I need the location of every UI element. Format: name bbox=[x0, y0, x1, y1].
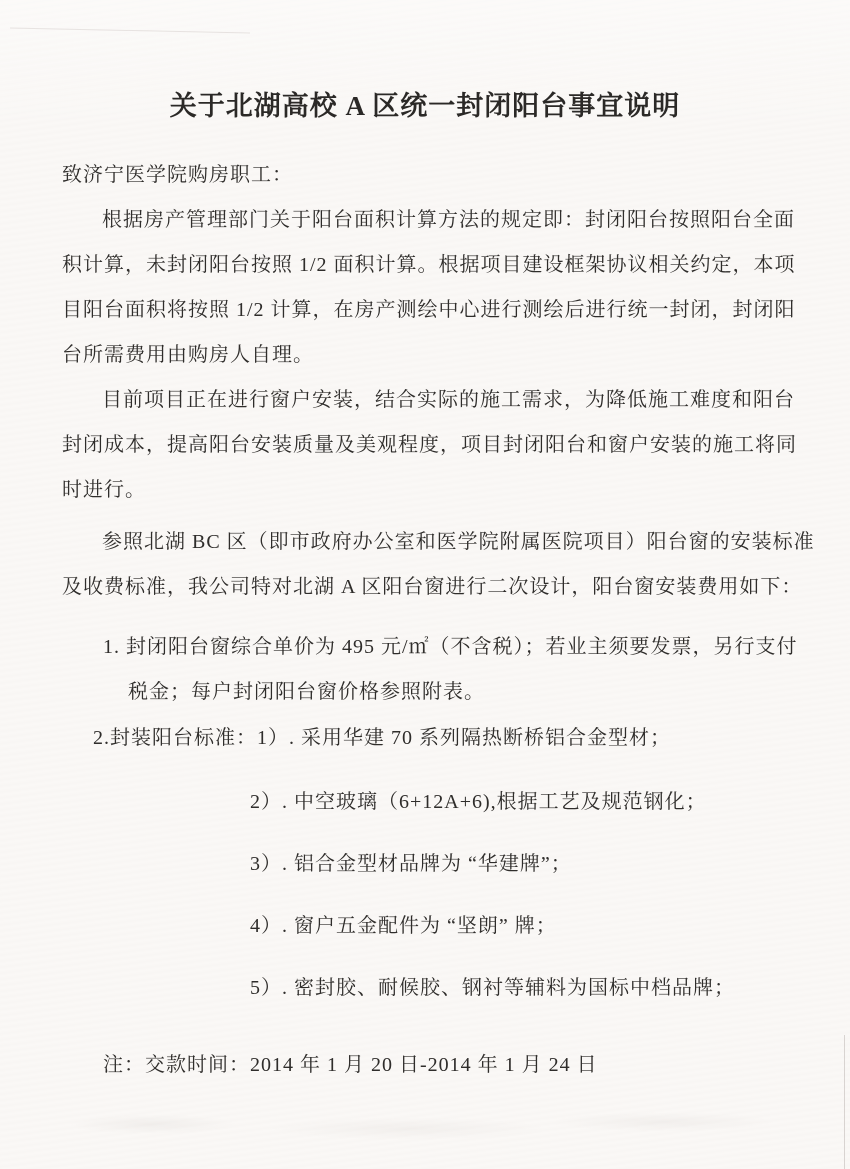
sub-item-aluminum-brand: 3）. 铝合金型材品牌为 “华建牌”； bbox=[62, 842, 774, 887]
text-line: 参照北湖 BC 区（即市政府办公室和医学院附属医院项目）阳台窗的安装标准 bbox=[62, 520, 774, 565]
text-line: 税金；每户封闭阳台窗价格参照附表。 bbox=[62, 670, 774, 715]
text-line: 1. 封闭阳台窗综合单价为 495 元/㎡（不含税）；若业主须要发票，另行支付 bbox=[62, 625, 774, 670]
text-line: 积计算，未封闭阳台按照 1/2 面积计算。根据项目建设框架协议相关约定，本项 bbox=[62, 243, 774, 288]
payment-note-line: 注：交款时间：2014 年 1 月 20 日-2014 年 1 月 24 日 bbox=[62, 1043, 774, 1088]
scanned-document-page: 关于北湖高校 A 区统一封闭阳台事宜说明 致济宁医学院购房职工： 根据房产管理部… bbox=[0, 0, 850, 1169]
text-line: 目阳台面积将按照 1/2 计算，在房产测绘中心进行测绘后进行统一封闭，封闭阳 bbox=[62, 288, 774, 333]
paragraph-area-calculation: 根据房产管理部门关于阳台面积计算方法的规定即：封闭阳台按照阳台全面 积计算，未封… bbox=[62, 198, 774, 378]
text-line: 封闭成本，提高阳台安装质量及美观程度，项目封闭阳台和窗户安装的施工将同 bbox=[62, 423, 774, 468]
text-line: 时进行。 bbox=[62, 468, 774, 513]
list-item-standards: 2.封装阳台标准：1）. 采用华建 70 系列隔热断桥铝合金型材； bbox=[62, 716, 774, 761]
scan-noise-band bbox=[0, 1104, 850, 1149]
document-body: 致济宁医学院购房职工： 根据房产管理部门关于阳台面积计算方法的规定即：封闭阳台按… bbox=[62, 153, 774, 1088]
text-line: 及收费标准，我公司特对北湖 A 区阳台窗进行二次设计，阳台窗安装费用如下： bbox=[62, 565, 774, 610]
paragraph-standards-reference: 参照北湖 BC 区（即市政府办公室和医学院附属医院项目）阳台窗的安装标准 及收费… bbox=[62, 520, 774, 610]
sub-item-hardware-brand: 4）. 窗户五金配件为 “坚朗” 牌； bbox=[62, 904, 774, 949]
paragraph-window-installation: 目前项目正在进行窗户安装，结合实际的施工需求，为降低施工难度和阳台 封闭成本，提… bbox=[62, 378, 774, 513]
text-line: 台所需费用由购房人自理。 bbox=[62, 333, 774, 378]
document-title: 关于北湖高校 A 区统一封闭阳台事宜说明 bbox=[0, 84, 850, 123]
text-line: 目前项目正在进行窗户安装，结合实际的施工需求，为降低施工难度和阳台 bbox=[62, 378, 774, 423]
salutation-line: 致济宁医学院购房职工： bbox=[62, 153, 774, 198]
sub-item-glass: 2）. 中空玻璃（6+12A+6),根据工艺及规范钢化； bbox=[62, 780, 774, 825]
sub-item-auxiliary-materials: 5）. 密封胶、耐候胶、钢衬等辅料为国标中档品牌； bbox=[62, 966, 774, 1011]
scan-edge-artifact-top bbox=[10, 27, 250, 33]
list-item-price: 1. 封闭阳台窗综合单价为 495 元/㎡（不含税）；若业主须要发票，另行支付 … bbox=[62, 625, 774, 715]
text-line: 根据房产管理部门关于阳台面积计算方法的规定即：封闭阳台按照阳台全面 bbox=[62, 198, 774, 243]
